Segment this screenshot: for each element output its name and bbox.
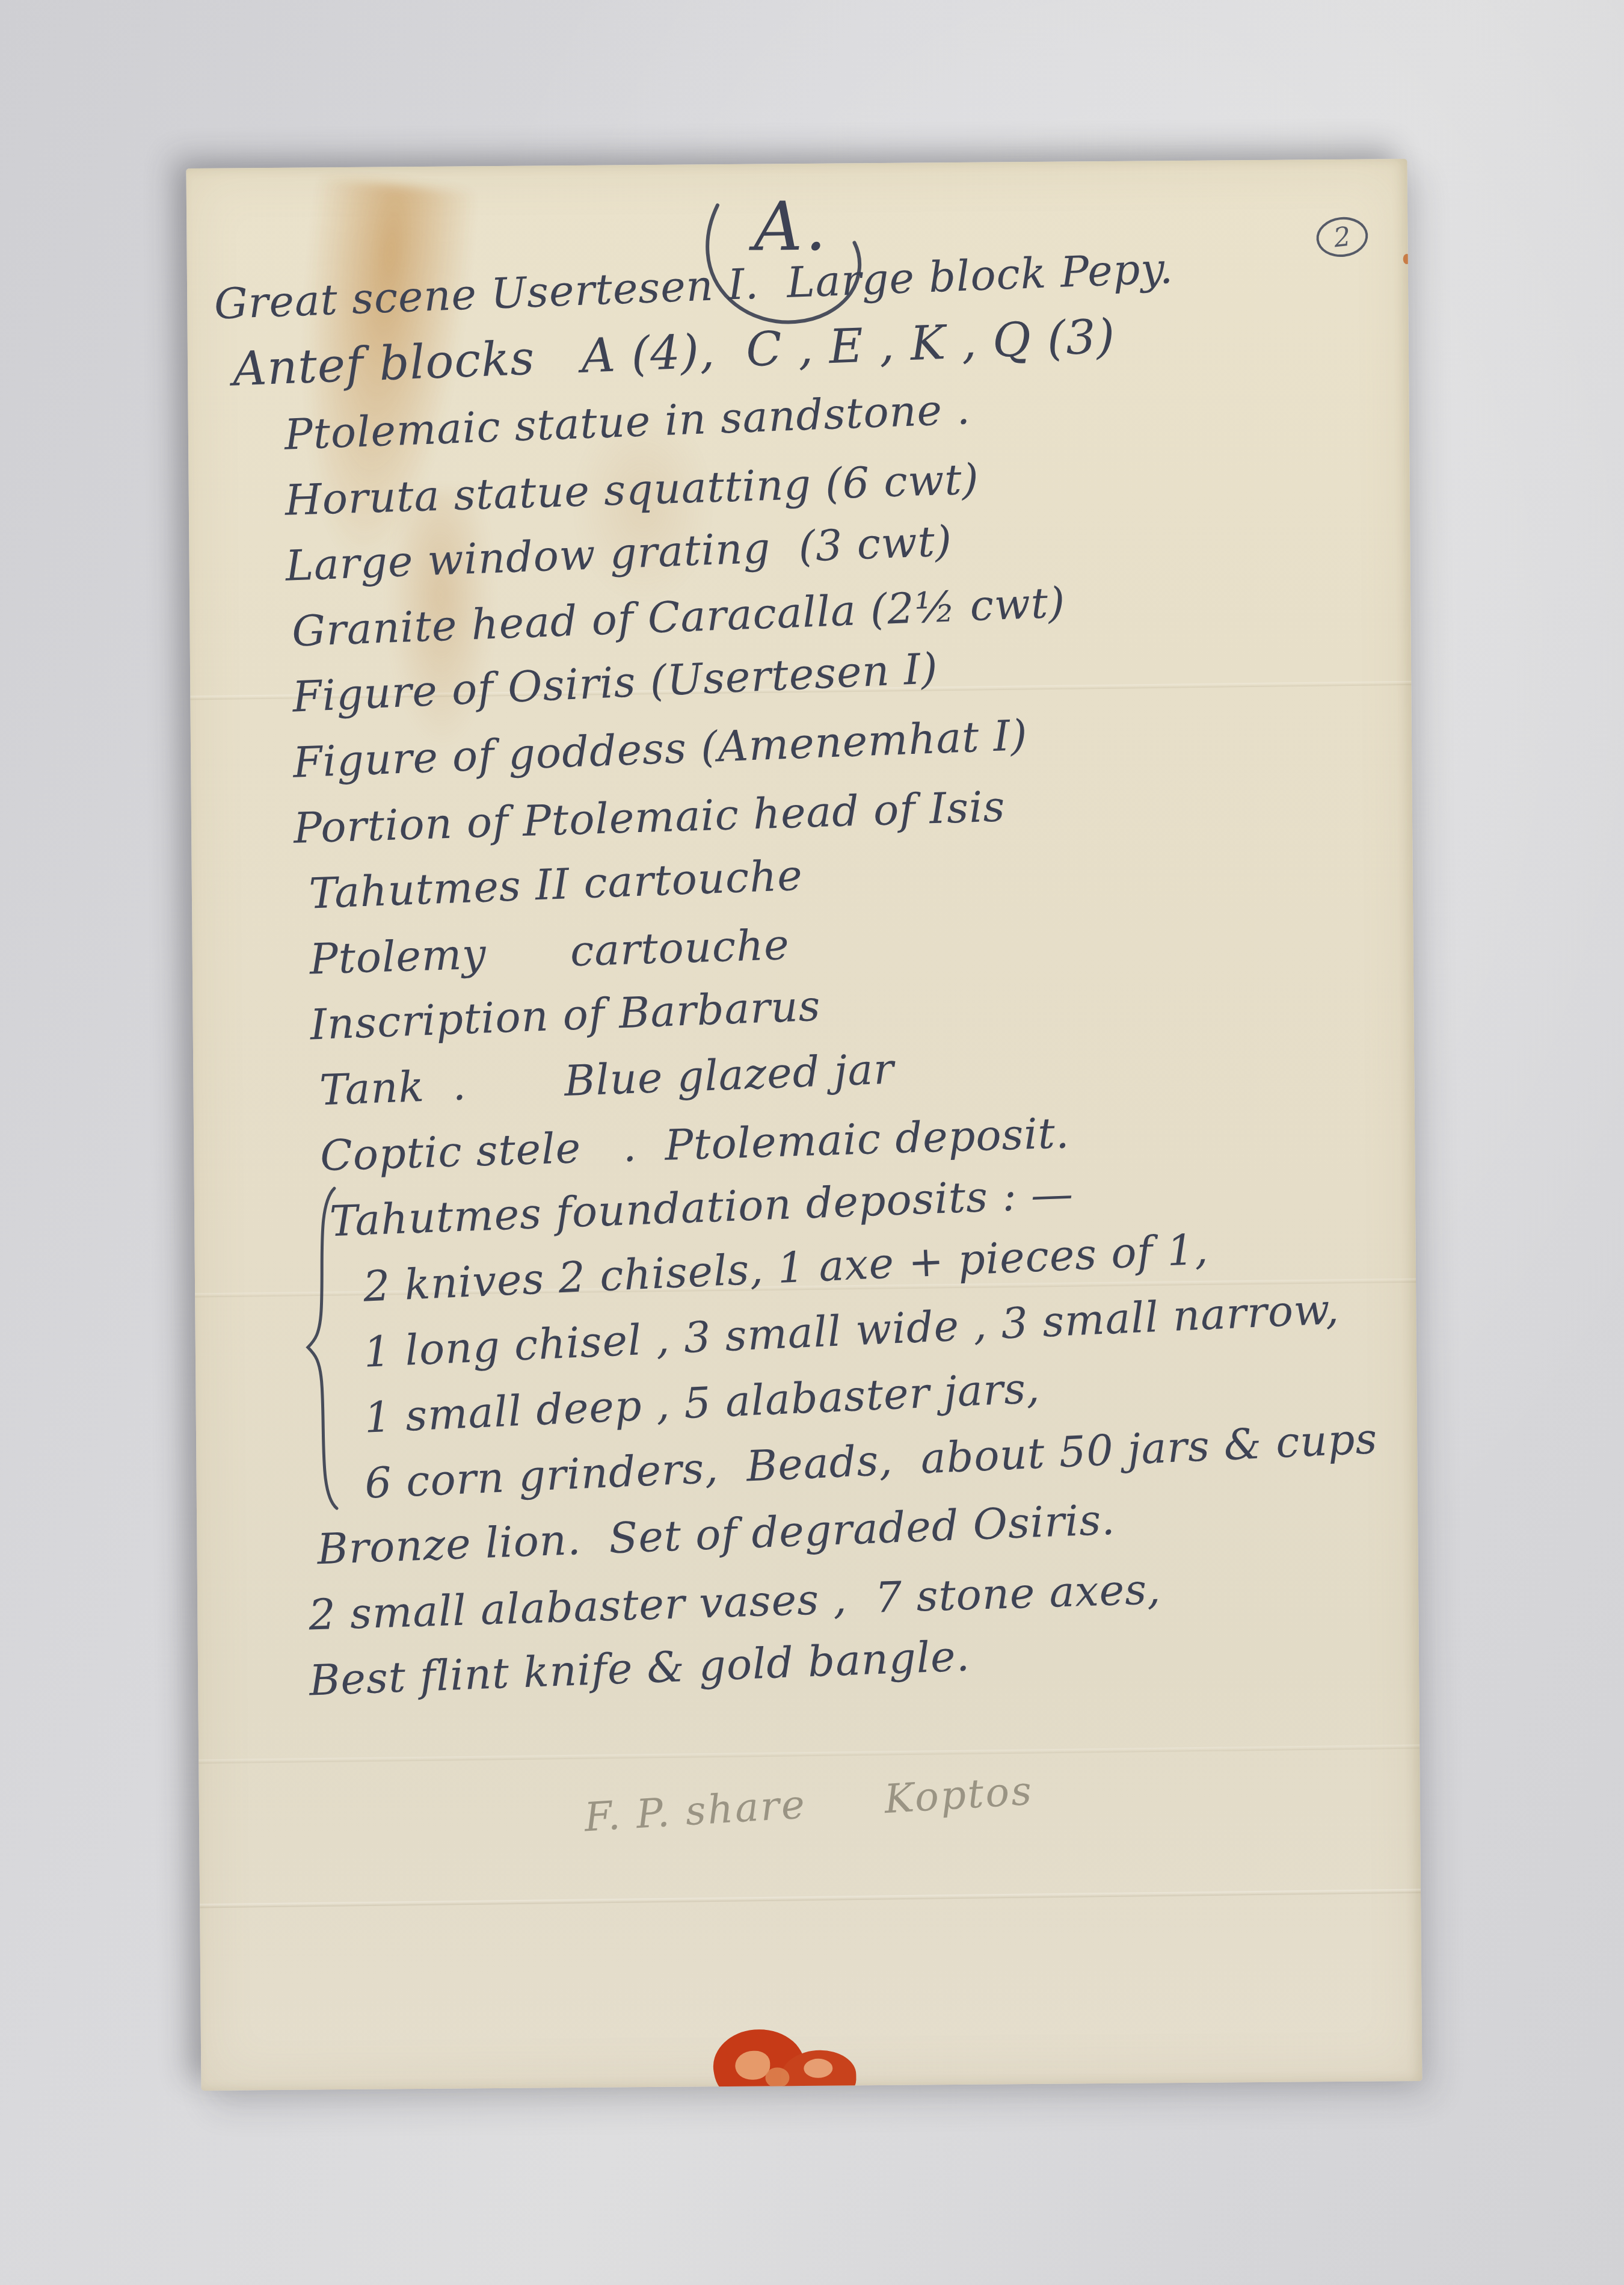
wax-seal [713, 2021, 861, 2091]
fold-crease [186, 1744, 1422, 1764]
manuscript-text: Great scene Usertesen I. Large block Pep… [214, 263, 1380, 1715]
pencil-note-right: Koptos [883, 1768, 1035, 1823]
pencil-note-gap [807, 1813, 885, 1818]
fold-crease [188, 1889, 1422, 1908]
pencil-note-left: F. P. share [583, 1781, 808, 1840]
wax-seal-highlight [765, 2067, 789, 2088]
foundation-deposit-brace [304, 1186, 342, 1511]
pencil-annotation: F. P. shareKoptos [583, 1768, 1035, 1841]
photo-backdrop: { "page": { "section_label": "A.", "page… [0, 0, 1624, 2285]
manuscript-page: A. 2 Great scene Usertesen I. Large bloc… [186, 159, 1422, 2091]
stain-speck [1403, 254, 1410, 264]
